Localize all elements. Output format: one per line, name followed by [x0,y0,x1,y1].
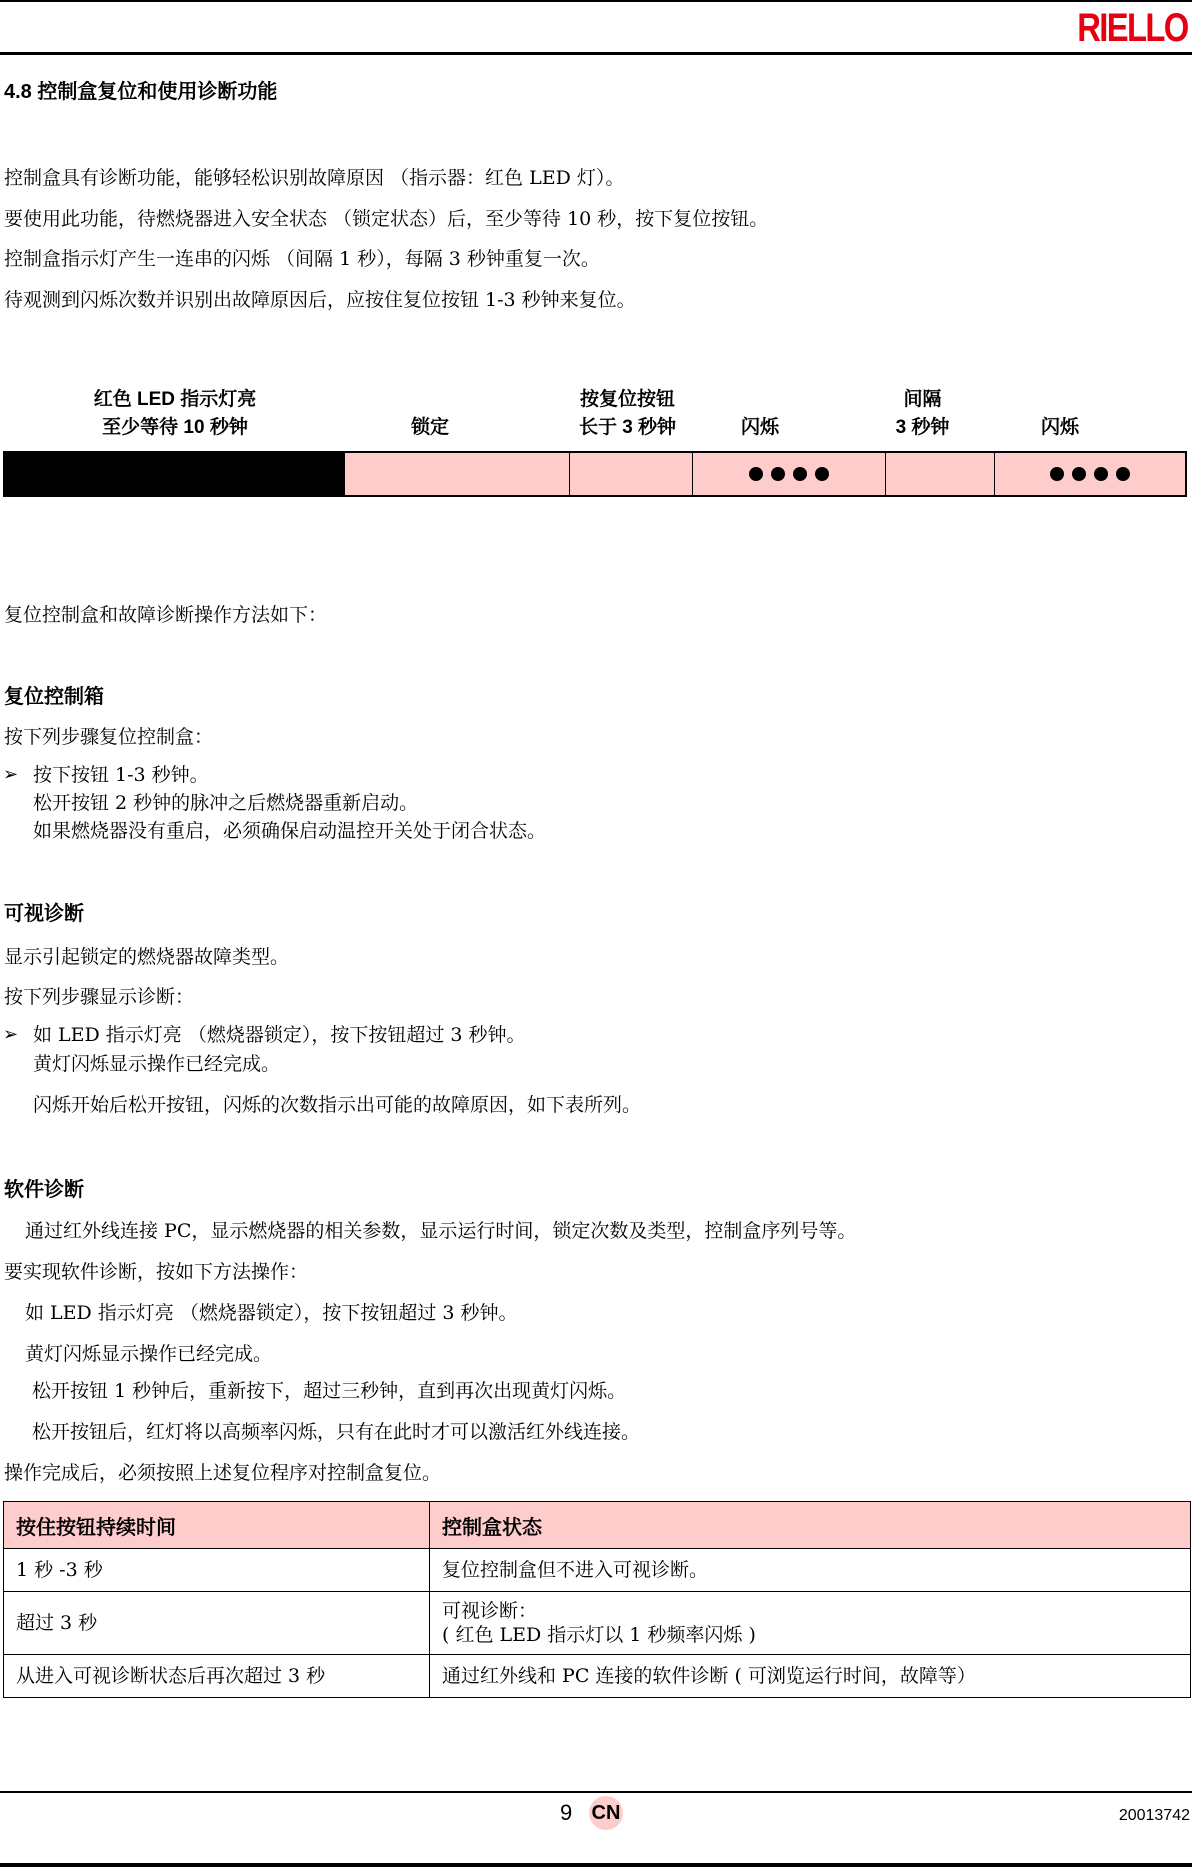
table-row: 1 秒 -3 秒 复位控制盒但不进入可视诊断。 [4,1549,1191,1592]
table-row: 从进入可视诊断状态后再次超过 3 秒 通过红外线和 PC 连接的软件诊断 ( 可… [4,1655,1191,1698]
segment-interval [885,453,994,495]
intro-line: 控制盒指示灯产生一连串的闪烁 （间隔 1 秒），每隔 3 秒钟重复一次。 [4,246,600,272]
visual-step: 黄灯闪烁显示操作已经完成。 [33,1051,280,1077]
timing-bar [3,451,1187,497]
bottom-rule [0,1863,1192,1867]
method-intro: 复位控制盒和故障诊断操作方法如下： [4,602,327,628]
software-closing: 操作完成后，必须按照上述复位程序对控制盒复位。 [4,1460,441,1486]
flash-dot-icon [1094,467,1108,481]
visual-desc: 显示引起锁定的燃烧器故障类型。 [4,944,289,970]
visual-step: 如 LED 指示灯亮 （燃烧器锁定），按下按钮超过 3 秒钟。 [33,1022,526,1048]
top-rule [0,0,1192,2]
table-header-row: 按住按钮持续时间 控制盒状态 [4,1502,1191,1549]
flash-dot-icon [749,467,763,481]
table-header: 控制盒状态 [430,1502,1191,1549]
duration-cell: 从进入可视诊断状态后再次超过 3 秒 [4,1655,430,1698]
duration-cell: 1 秒 -3 秒 [4,1549,430,1592]
section-title: 4.8 控制盒复位和使用诊断功能 [4,79,277,105]
timing-label-flashes-1: 闪烁 [720,414,800,442]
segment-flashes-1 [692,453,885,495]
reset-step: 如果燃烧器没有重启，必须确保启动温控开关处于闭合状态。 [33,818,546,844]
timing-label-lockout: 锁定 [380,414,480,442]
segment-lockout [344,453,569,495]
flash-dot-icon [815,467,829,481]
intro-line: 待观测到闪烁次数并识别出故障原因后，应按住复位按钮 1-3 秒钟来复位。 [4,287,636,313]
state-cell: 通过红外线和 PC 连接的软件诊断 ( 可浏览运行时间，故障等） [430,1655,1191,1698]
reset-step: 按下按钮 1-3 秒钟。 [33,762,209,788]
arrow-bullet-icon: ➢ [3,1022,18,1048]
flash-dot-icon [793,467,807,481]
riello-logo: RIELLO [1078,6,1188,50]
segment-press-reset [569,453,692,495]
arrow-bullet-icon: ➢ [3,762,18,788]
software-step: 松开按钮 1 秒钟后，重新按下，超过三秒钟，直到再次出现黄灯闪烁。 [32,1378,626,1404]
reset-heading: 复位控制箱 [4,684,104,710]
software-step: 黄灯闪烁显示操作已经完成。 [25,1341,272,1367]
flash-dot-icon [1116,467,1130,481]
flash-dot-icon [1072,467,1086,481]
segment-led-on [5,453,344,495]
timing-label-flashes-2: 闪烁 [1020,414,1100,442]
software-lead: 要实现软件诊断，按如下方法操作： [4,1259,308,1285]
state-cell: 可视诊断： ( 红色 LED 指示灯以 1 秒频率闪烁 ) [430,1592,1191,1655]
visual-heading: 可视诊断 [4,901,84,927]
visual-lead: 按下列步骤显示诊断： [4,984,194,1010]
software-step: 松开按钮后，红灯将以高频率闪烁，只有在此时才可以激活红外线连接。 [32,1419,640,1445]
reset-step: 松开按钮 2 秒钟的脉冲之后燃烧器重新启动。 [33,790,418,816]
language-badge: CN [589,1796,623,1830]
timing-label-press-reset: 按复位按钮 长于 3 秒钟 [550,386,705,442]
software-step: 如 LED 指示灯亮 （燃烧器锁定），按下按钮超过 3 秒钟。 [25,1300,518,1326]
reset-lead: 按下列步骤复位控制盒： [4,724,213,750]
document-number: 20013742 [1119,1806,1190,1826]
state-cell: 复位控制盒但不进入可视诊断。 [430,1549,1191,1592]
flash-dot-icon [1050,467,1064,481]
software-heading: 软件诊断 [4,1177,84,1203]
duration-cell: 超过 3 秒 [4,1592,430,1655]
table-row: 超过 3 秒 可视诊断： ( 红色 LED 指示灯以 1 秒频率闪烁 ) [4,1592,1191,1655]
page-number: 9 [560,1800,572,1826]
button-duration-table: 按住按钮持续时间 控制盒状态 1 秒 -3 秒 复位控制盒但不进入可视诊断。 超… [3,1501,1191,1698]
visual-step: 闪烁开始后松开按钮，闪烁的次数指示出可能的故障原因，如下表所列。 [33,1092,641,1118]
timing-label-interval: 间隔 3 秒钟 [870,386,975,442]
footer-rule [0,1791,1192,1793]
header-rule [0,52,1192,55]
segment-flashes-2 [994,453,1185,495]
software-desc: 通过红外线连接 PC，显示燃烧器的相关参数，显示运行时间，锁定次数及类型，控制盒… [25,1218,856,1244]
timing-label-led-on: 红色 LED 指示灯亮 至少等待 10 秒钟 [40,386,310,442]
flash-dot-icon [771,467,785,481]
table-header: 按住按钮持续时间 [4,1502,430,1549]
intro-line: 控制盒具有诊断功能，能够轻松识别故障原因 （指示器：红色 LED 灯）。 [4,165,624,191]
intro-line: 要使用此功能，待燃烧器进入安全状态 （锁定状态）后，至少等待 10 秒，按下复位… [4,206,768,232]
